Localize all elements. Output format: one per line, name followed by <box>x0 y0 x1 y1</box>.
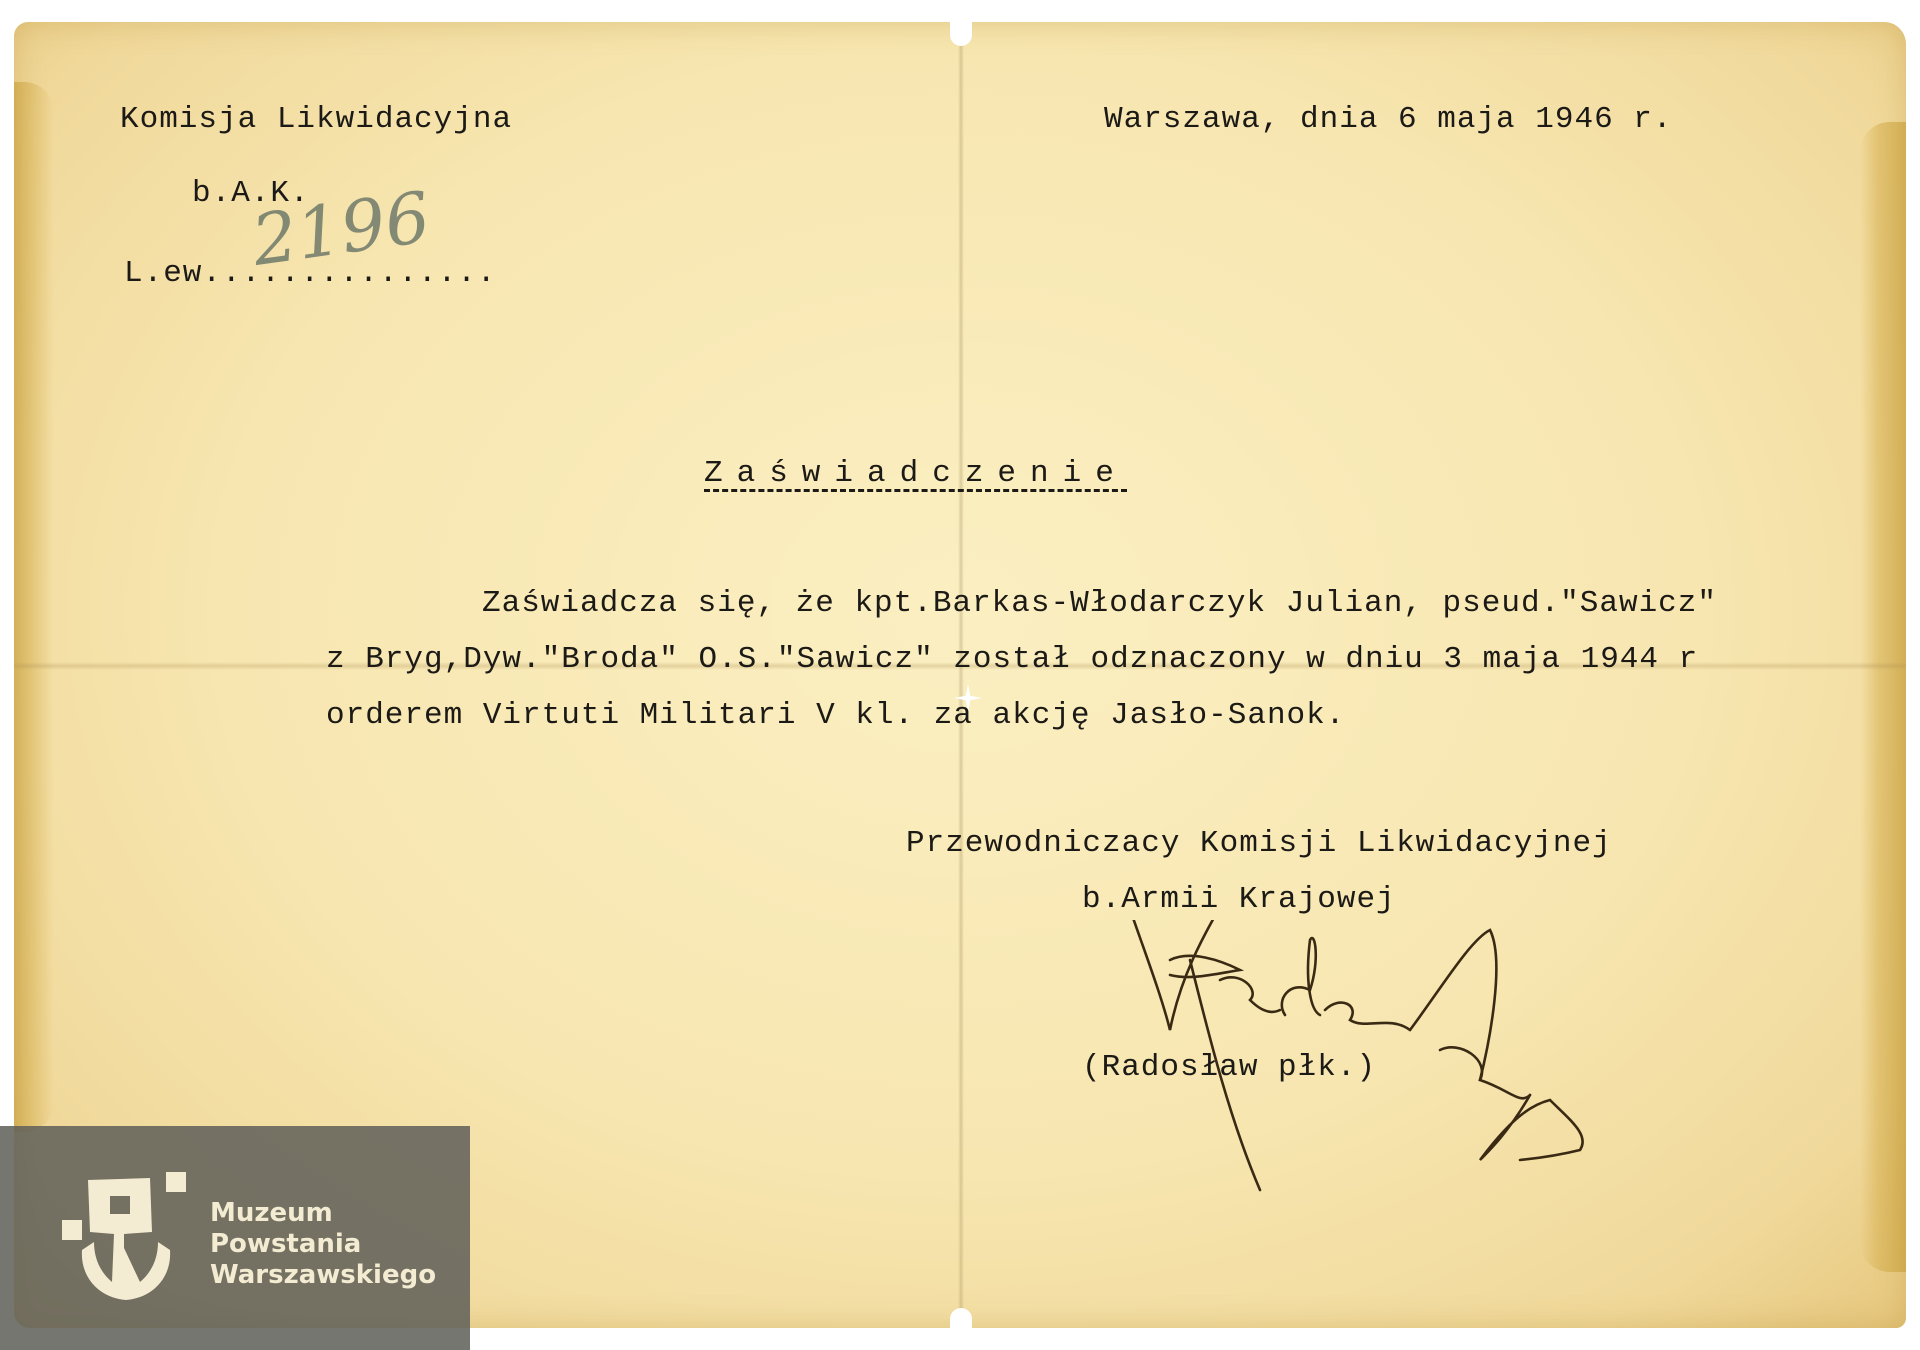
signatory-title-1: Przewodniczacy Komisji Likwidacyjnej <box>906 828 1612 859</box>
stain-right <box>1860 122 1906 1272</box>
body-line-1: Zaświadcza się, że kpt.Barkas-Włodarczyk… <box>482 588 1717 619</box>
fold-notch-bottom <box>950 1308 972 1334</box>
body-line-3: orderem Virtuti Militari V kl. za akcję … <box>326 700 1345 731</box>
stain-left <box>14 82 54 1132</box>
signatory-title-2: b.Armii Krajowej <box>1082 884 1396 915</box>
museum-name-line-2: Powstania <box>210 1229 436 1260</box>
org-name: Komisja Likwidacyjna <box>120 104 512 135</box>
museum-name-line-1: Muzeum <box>210 1198 436 1229</box>
document-title: Zaświadczenie <box>704 458 1128 489</box>
museum-watermark: Muzeum Powstania Warszawskiego <box>0 1126 470 1350</box>
museum-name-line-3: Warszawskiego <box>210 1260 436 1291</box>
body-line-2: z Bryg,Dyw."Broda" O.S."Sawicz" został o… <box>326 644 1698 675</box>
museum-name: Muzeum Powstania Warszawskiego <box>210 1198 436 1291</box>
fold-notch-top <box>950 16 972 46</box>
kotwica-anchor-icon <box>62 1172 192 1302</box>
signatory-name: (Radosław płk.) <box>1082 1052 1376 1083</box>
place-date: Warszawa, dnia 6 maja 1946 r. <box>1104 104 1673 135</box>
